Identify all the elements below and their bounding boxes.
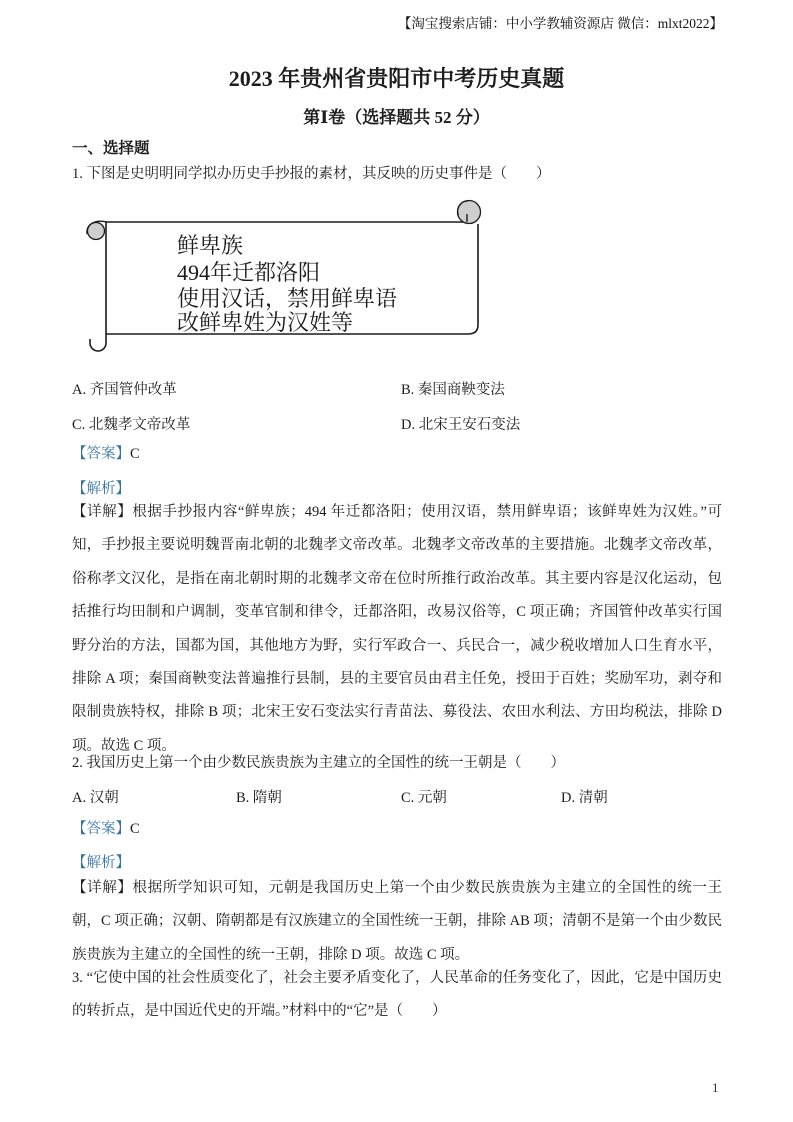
- question-1-options-row-1: A. 齐国管仲改革 B. 秦国商鞅变法: [72, 378, 722, 399]
- question-1-options-row-2: C. 北魏孝文帝改革 D. 北宋王安石变法: [72, 413, 722, 434]
- question-1-option-b: B. 秦国商鞅变法: [401, 378, 505, 399]
- question-2-option-c: C. 元朝: [401, 786, 561, 807]
- volume-subtitle: 第Ⅰ卷（选择题共 52 分）: [0, 103, 793, 128]
- question-1-analysis-line: 【解析】: [72, 477, 130, 498]
- question-2-answer-value: C: [130, 821, 140, 837]
- section-heading: 一、选择题: [72, 136, 150, 158]
- question-1-answer-line: 【答案】C: [72, 442, 140, 463]
- figure-line-1: 鲜卑族: [177, 233, 243, 258]
- question-2-analysis-line: 【解析】: [72, 851, 130, 872]
- scroll-bottom-curl-icon: [90, 334, 106, 351]
- question-2-option-d: D. 清朝: [561, 786, 608, 807]
- scroll-curl-icon: [88, 223, 105, 240]
- question-2-answer-line: 【答案】C: [72, 817, 140, 838]
- figure-line-4: 改鲜卑姓为汉姓等: [177, 310, 353, 335]
- document-title: 2023 年贵州省贵阳市中考历史真题: [0, 62, 793, 93]
- figure-line-2: 494年迁都洛阳: [177, 260, 320, 285]
- question-1-option-a: A. 齐国管仲改革: [72, 378, 401, 399]
- question-2-detail-paragraph: 【详解】根据所学知识可知，元朝是我国历史上第一个由少数民族贵族为主建立的全国性的…: [72, 872, 722, 972]
- page-number: 1: [712, 1080, 719, 1096]
- question-2-detail-text: 根据所学知识可知，元朝是我国历史上第一个由少数民族贵族为主建立的全国性的统一王朝…: [72, 880, 722, 963]
- scroll-illustration: 鲜卑族 494年迁都洛阳 使用汉话，禁用鲜卑语 改鲜卑姓为汉姓等: [85, 197, 495, 377]
- question-1-option-c: C. 北魏孝文帝改革: [72, 413, 401, 434]
- question-1-answer-value: C: [130, 446, 140, 462]
- analysis-label: 【解析】: [72, 855, 130, 871]
- question-2-option-a: A. 汉朝: [72, 786, 236, 807]
- detail-label: 【详解】: [72, 880, 133, 896]
- store-watermark: 【淘宝搜索店铺：中小学教辅资源店 微信：mlxt2022】: [398, 12, 723, 32]
- question-2-option-b: B. 隋朝: [236, 786, 401, 807]
- answer-label: 【答案】: [72, 821, 130, 837]
- answer-label: 【答案】: [72, 446, 130, 462]
- question-1-stem: 1. 下图是史明明同学拟办历史手抄报的素材，其反映的历史事件是（ ）: [72, 162, 722, 183]
- exam-document-page: 【淘宝搜索店铺：中小学教辅资源店 微信：mlxt2022】 2023 年贵州省贵…: [0, 0, 793, 1122]
- question-1-option-d: D. 北宋王安石变法: [401, 413, 520, 434]
- question-1-detail-text: 根据手抄报内容“鲜卑族；494 年迁都洛阳；使用汉语，禁用鲜卑语；该鲜卑姓为汉姓…: [72, 504, 722, 754]
- detail-label: 【详解】: [72, 504, 132, 520]
- question-2-options-row: A. 汉朝 B. 隋朝 C. 元朝 D. 清朝: [72, 786, 722, 807]
- figure-line-3: 使用汉话，禁用鲜卑语: [177, 286, 397, 312]
- question-1-detail-paragraph: 【详解】根据手抄报内容“鲜卑族；494 年迁都洛阳；使用汉语，禁用鲜卑语；该鲜卑…: [72, 496, 722, 763]
- question-3-stem: 3. “它使中国的社会性质变化了，社会主要矛盾变化了，人民革命的任务变化了，因此…: [72, 962, 722, 1029]
- question-2-stem: 2. 我国历史上第一个由少数民族贵族为主建立的全国性的统一王朝是（ ）: [72, 751, 722, 772]
- scroll-banner-figure: 鲜卑族 494年迁都洛阳 使用汉话，禁用鲜卑语 改鲜卑姓为汉姓等: [85, 197, 495, 377]
- analysis-label: 【解析】: [72, 481, 130, 497]
